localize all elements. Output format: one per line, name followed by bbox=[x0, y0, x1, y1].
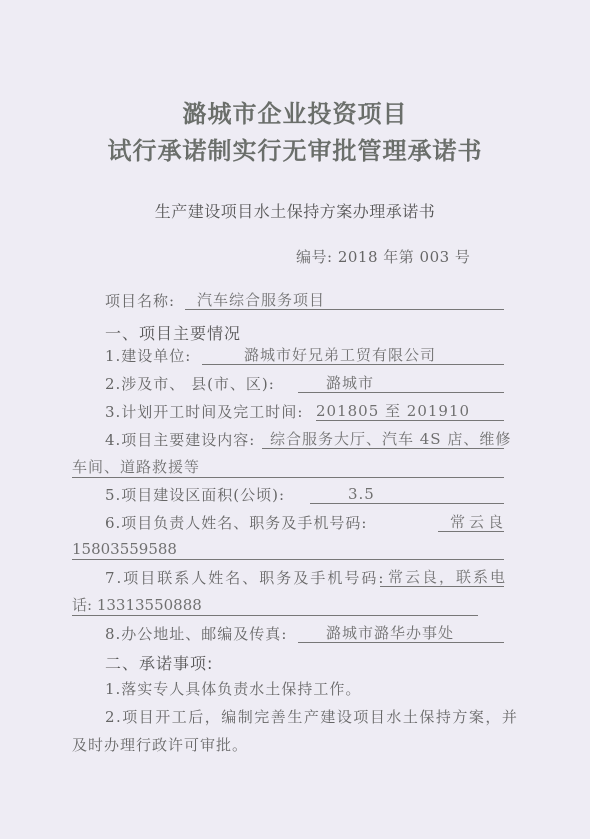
item3-label-text: 3.计划开工时间及完工时间: bbox=[105, 403, 303, 421]
project-name-value: 汽车综合服务项目 bbox=[185, 290, 504, 310]
document-number: 编号: 2018 年第 003 号 bbox=[296, 246, 470, 267]
commitment-item2: 2.项目开工后，编制完善生产建设项目水土保持方案，并 bbox=[105, 707, 518, 727]
item7-label: 7.项目联系人姓名、职务及手机号码: bbox=[105, 568, 385, 588]
commitment-item1-text: 1.落实专人具体负责水土保持工作。 bbox=[105, 680, 361, 698]
item3-label: 3.计划开工时间及完工时间: bbox=[105, 402, 303, 422]
item5-label-text: 5.项目建设区面积(公顷): bbox=[105, 486, 285, 504]
item7-value-continued: 话: 13313550888 bbox=[72, 595, 478, 616]
item1-label: 1.建设单位: bbox=[105, 346, 191, 366]
item4-value-continued: 车间、道路救援等 bbox=[72, 457, 504, 478]
item8-label: 8.办公地址、邮编及传真: bbox=[105, 624, 287, 644]
item6-label: 6.项目负责人姓名、职务及手机号码: bbox=[105, 513, 367, 533]
project-name-label: 项目名称: bbox=[105, 291, 175, 311]
item3-value: 201805 至 201910 bbox=[316, 401, 504, 421]
item4-label: 4.项目主要建设内容: bbox=[105, 430, 255, 450]
item8-value: 潞城市潞华办事处 bbox=[298, 623, 504, 643]
item4-label-text: 4.项目主要建设内容: bbox=[105, 431, 255, 449]
project-name-label-text: 项目名称: bbox=[105, 292, 175, 310]
item1-value: 潞城市好兄弟工贸有限公司 bbox=[202, 345, 504, 365]
item7-value: 常云良，联系电 bbox=[380, 567, 504, 587]
document-title-line2: 试行承诺制实行无审批管理承诺书 bbox=[0, 131, 590, 166]
document-page: 潞城市企业投资项目 试行承诺制实行无审批管理承诺书 生产建设项目水土保持方案办理… bbox=[0, 0, 590, 839]
commitment-item1: 1.落实专人具体负责水土保持工作。 bbox=[105, 679, 361, 699]
item1-label-text: 1.建设单位: bbox=[105, 347, 191, 365]
item6-value-continued: 15803559588 bbox=[72, 539, 504, 560]
document-title-line1: 潞城市企业投资项目 bbox=[0, 94, 590, 129]
item2-value: 潞城市 bbox=[298, 373, 504, 393]
item6-label-text: 6.项目负责人姓名、职务及手机号码: bbox=[105, 514, 367, 532]
section2-heading: 二、承诺事项: bbox=[105, 651, 213, 674]
commitment-item2-text: 2.项目开工后，编制完善生产建设项目水土保持方案，并 bbox=[105, 708, 518, 726]
item2-label-text: 2.涉及市、 县(市、区): bbox=[105, 375, 275, 393]
commitment-item2-continued: 及时办理行政许可审批。 bbox=[72, 735, 248, 755]
item2-label: 2.涉及市、 县(市、区): bbox=[105, 374, 275, 394]
item7-label-text: 7.项目联系人姓名、职务及手机号码: bbox=[105, 569, 385, 587]
commitment-item2-continued-text: 及时办理行政许可审批。 bbox=[72, 736, 248, 754]
document-subtitle: 生产建设项目水土保持方案办理承诺书 bbox=[0, 199, 590, 222]
item5-value: 3.5 bbox=[310, 484, 504, 504]
item6-value: 常云良 bbox=[438, 512, 504, 532]
item8-label-text: 8.办公地址、邮编及传真: bbox=[105, 625, 287, 643]
section1-heading: 一、项目主要情况 bbox=[105, 321, 241, 344]
item5-label: 5.项目建设区面积(公顷): bbox=[105, 485, 285, 505]
item4-value: 综合服务大厅、汽车 4S 店、维修 bbox=[262, 429, 504, 449]
